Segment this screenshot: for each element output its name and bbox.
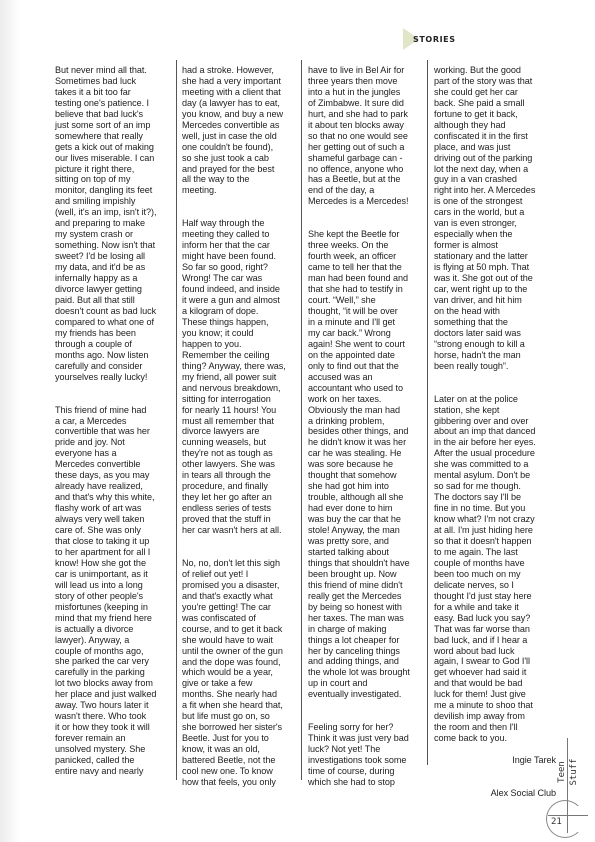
section-label: STORIES [413,35,456,44]
paragraph: have to live in Bel Air for three years … [308,65,424,207]
author-affiliation: Alex Social Club [434,788,556,799]
page-gutter-shade [0,0,20,842]
paragraph: working. But the good part of the story … [434,65,556,372]
paragraph: Feeling sorry for her? Think it was just… [308,722,424,788]
author-name: Ingie Tarek [434,755,556,766]
magazine-name: Teen Stuff [556,747,568,797]
paragraph: No, no, don't let this sigh of relief ou… [182,558,298,788]
column-rule [301,60,302,780]
article-column-2: had a stroke. However, she had a very im… [182,54,298,810]
article-column-4: working. But the good part of the story … [434,54,556,821]
page-footer: Teen Stuff 21 [540,738,590,838]
paragraph: This friend of mine had a car, a Mercede… [55,405,173,777]
article-column-3: have to live in Bel Air for three years … [308,54,424,810]
page-number: 21 [551,817,562,827]
column-rule [427,60,428,765]
paragraph: But never mind all that. Sometimes bad l… [55,65,173,383]
section-tag: STORIES [403,30,446,48]
column-rule [176,60,177,780]
paragraph: She kept the Beetle for three weeks. On … [308,229,424,700]
article-column-1: But never mind all that. Sometimes bad l… [55,54,173,799]
paragraph: Later on at the police station, she kept… [434,394,556,745]
paragraph: Half way through the meeting they called… [182,218,298,536]
paragraph: had a stroke. However, she had a very im… [182,65,298,196]
